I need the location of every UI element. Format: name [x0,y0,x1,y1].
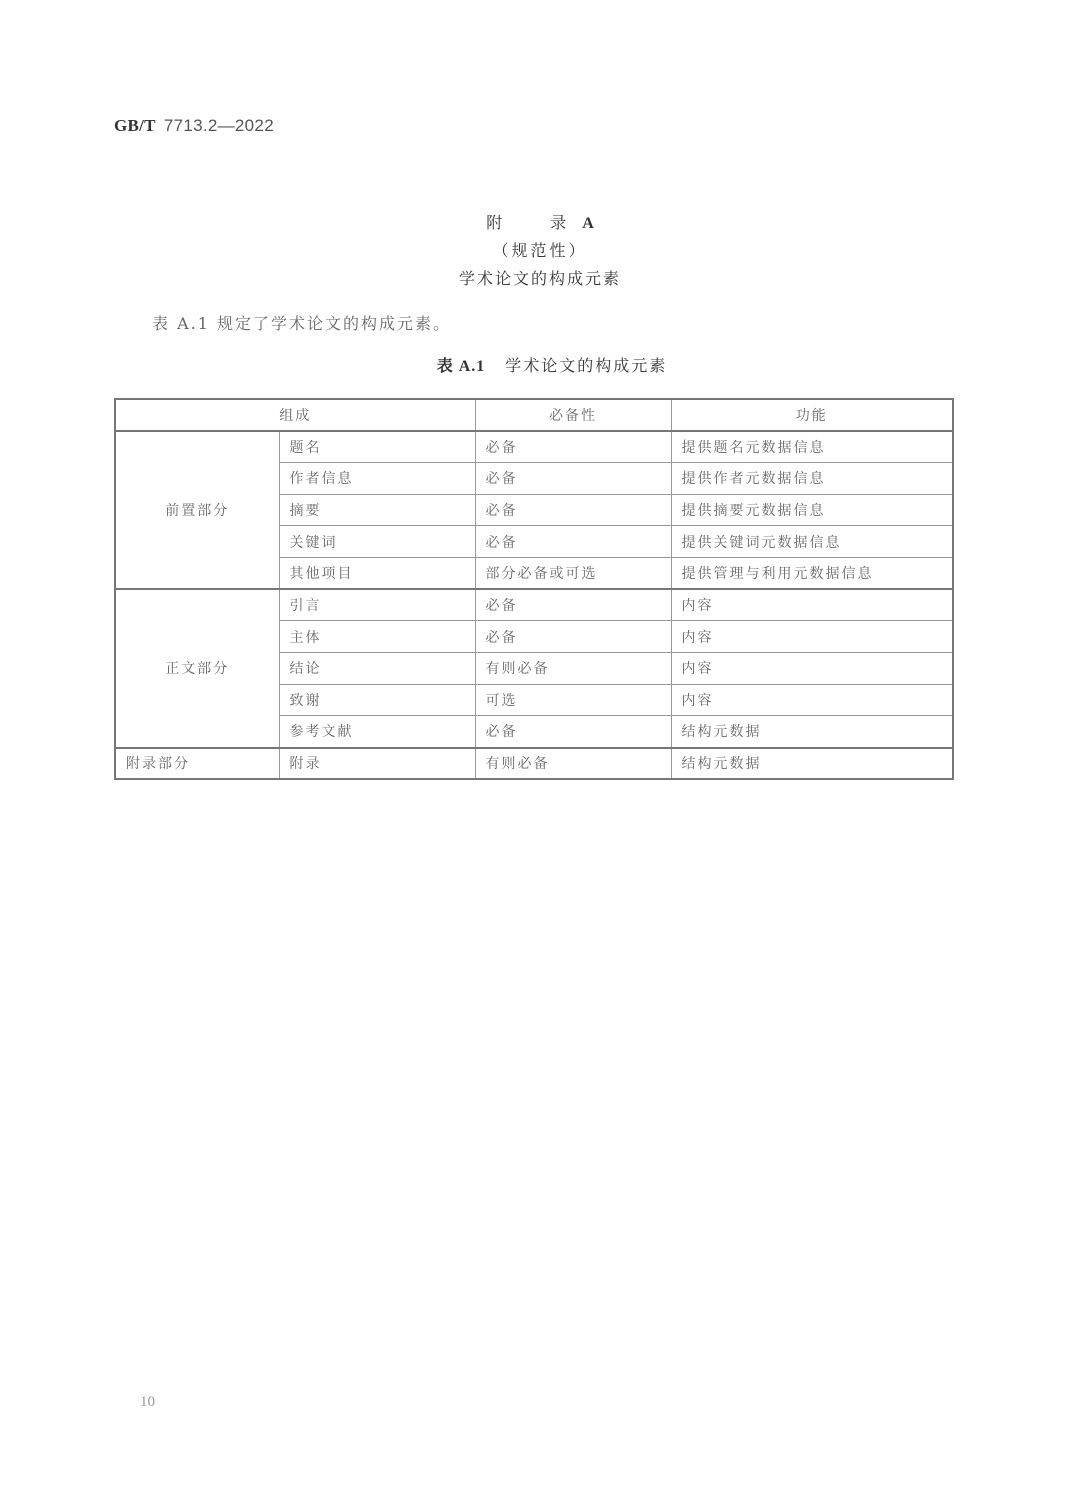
table-caption-text: 学术论文的构成元素 [505,356,667,375]
page-number: 10 [140,1394,155,1411]
necessity-cell: 必备 [475,589,671,621]
item-cell: 参考文献 [279,716,475,748]
item-cell: 致谢 [279,684,475,716]
appendix-letter: A [582,215,594,232]
necessity-cell: 必备 [475,716,671,748]
table-row: 附录部分 附录 有则必备 结构元数据 [115,748,953,780]
item-cell: 主体 [279,621,475,653]
function-cell: 结构元数据 [671,748,953,780]
table-row: 正文部分 引言 必备 内容 [115,589,953,621]
standard-prefix: GB/T [114,116,156,135]
necessity-cell: 必备 [475,621,671,653]
necessity-cell: 有则必备 [475,653,671,685]
function-cell: 内容 [671,589,953,621]
appendix-name: 学术论文的构成元素 [0,266,1080,289]
necessity-cell: 可选 [475,684,671,716]
composition-table: 组成 必备性 功能 前置部分 题名 必备 提供题名元数据信息 作者信息 必备 提… [114,398,954,780]
function-cell: 提供题名元数据信息 [671,431,953,463]
item-cell: 作者信息 [279,462,475,494]
appendix-type: （规范性） [0,238,1080,261]
table-caption-number: 表 A.1 [437,358,486,375]
function-cell: 提供关键词元数据信息 [671,526,953,558]
function-cell: 内容 [671,684,953,716]
appendix-title: 附 录A [0,210,1080,233]
necessity-cell: 部分必备或可选 [475,557,671,589]
necessity-cell: 必备 [475,494,671,526]
header-function: 功能 [671,399,953,431]
item-cell: 关键词 [279,526,475,558]
item-cell: 题名 [279,431,475,463]
function-cell: 内容 [671,621,953,653]
standard-code: GB/T7713.2—2022 [114,116,274,136]
item-cell: 摘要 [279,494,475,526]
table-header-row: 组成 必备性 功能 [115,399,953,431]
header-composition: 组成 [115,399,475,431]
standard-number: 7713.2—2022 [164,116,274,135]
table-row: 前置部分 题名 必备 提供题名元数据信息 [115,431,953,463]
function-cell: 提供摘要元数据信息 [671,494,953,526]
item-cell: 附录 [279,748,475,780]
necessity-cell: 必备 [475,431,671,463]
function-cell: 结构元数据 [671,716,953,748]
necessity-cell: 必备 [475,462,671,494]
necessity-cell: 有则必备 [475,748,671,780]
header-necessity: 必备性 [475,399,671,431]
intro-paragraph: 表 A.1 规定了学术论文的构成元素。 [152,311,451,334]
group-appendix: 附录部分 [115,748,279,780]
function-cell: 内容 [671,653,953,685]
group-main-body: 正文部分 [115,589,279,747]
function-cell: 提供管理与利用元数据信息 [671,557,953,589]
necessity-cell: 必备 [475,526,671,558]
item-cell: 其他项目 [279,557,475,589]
function-cell: 提供作者元数据信息 [671,462,953,494]
item-cell: 结论 [279,653,475,685]
item-cell: 引言 [279,589,475,621]
group-front-matter: 前置部分 [115,431,279,589]
appendix-title-prefix: 附 录 [486,213,582,232]
table-caption: 表 A.1学术论文的构成元素 [0,353,1080,376]
